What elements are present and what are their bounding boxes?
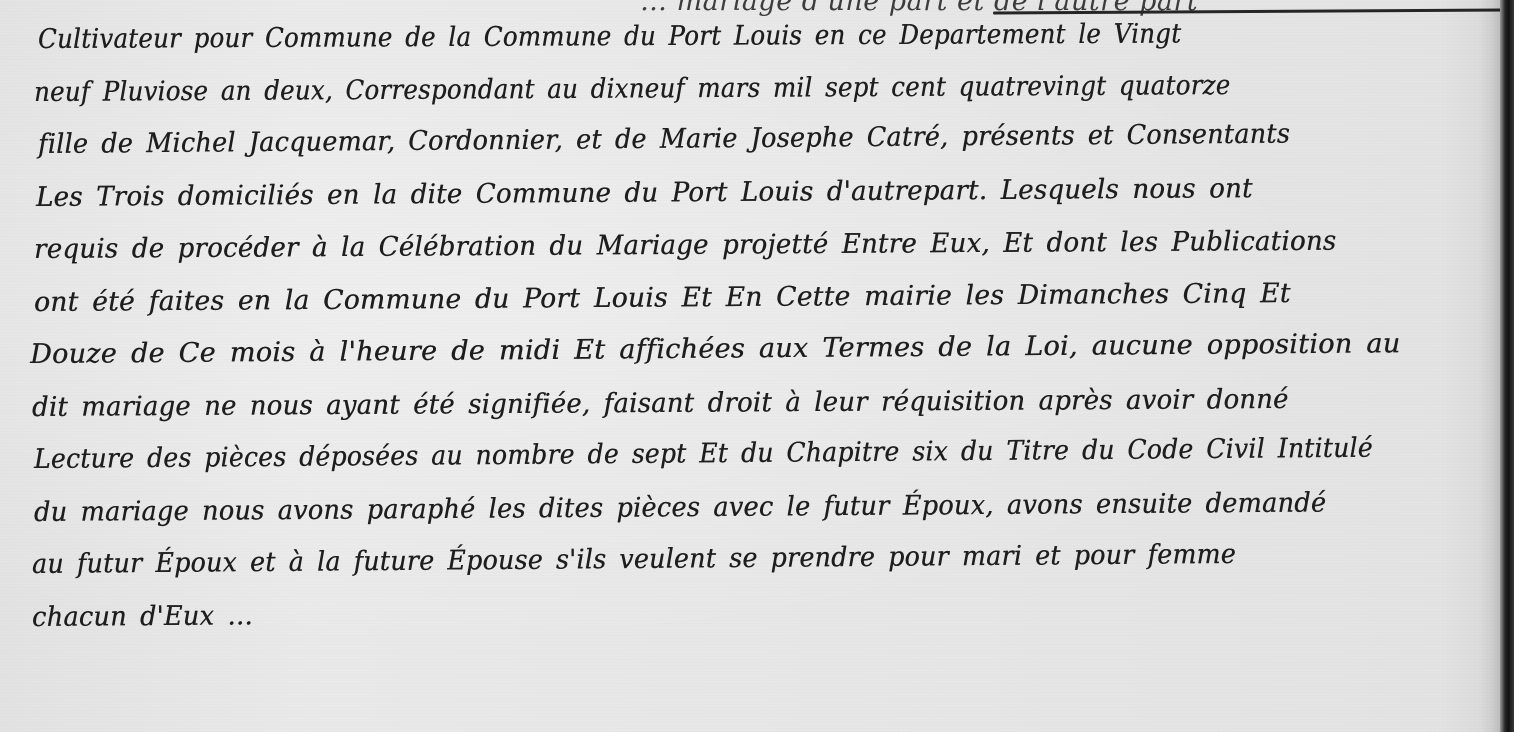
text-line: au futur Époux et à la future Épouse s'i… [32, 539, 1478, 592]
handwritten-text-block: Cultivateur pour Commune de la Commune d… [38, 14, 1478, 644]
page-binding-edge [1500, 0, 1514, 732]
line-text: Cultivateur pour Commune de la Commune d… [38, 8, 1181, 66]
text-line: du mariage nous avons paraphé les dites … [34, 487, 1478, 540]
text-line: chacun d'Eux … [32, 592, 1478, 645]
line-text: au futur Époux et à la future Épouse s'i… [32, 529, 1236, 591]
binding-shadow [1478, 0, 1500, 732]
line-text: requis de procéder à la Célébration du M… [34, 216, 1337, 276]
line-text: Lecture des pièces déposées au nombre de… [34, 423, 1373, 486]
line-text: Les Trois domiciliés en la dite Commune … [36, 163, 1253, 224]
line-text: fille de Michel Jacquemar, Cordonnier, e… [38, 109, 1290, 171]
text-line: Cultivateur pour Commune de la Commune d… [38, 14, 1478, 67]
document-scan: … mariage d'une part et de l'autre part … [0, 0, 1514, 732]
text-line: fille de Michel Jacquemar, Cordonnier, e… [38, 119, 1478, 172]
line-text: ont été faites en la Commune du Port Lou… [34, 268, 1291, 329]
line-text: Douze de Ce mois à l'heure de midi Et af… [30, 318, 1401, 381]
line-text: chacun d'Eux … [32, 590, 253, 644]
